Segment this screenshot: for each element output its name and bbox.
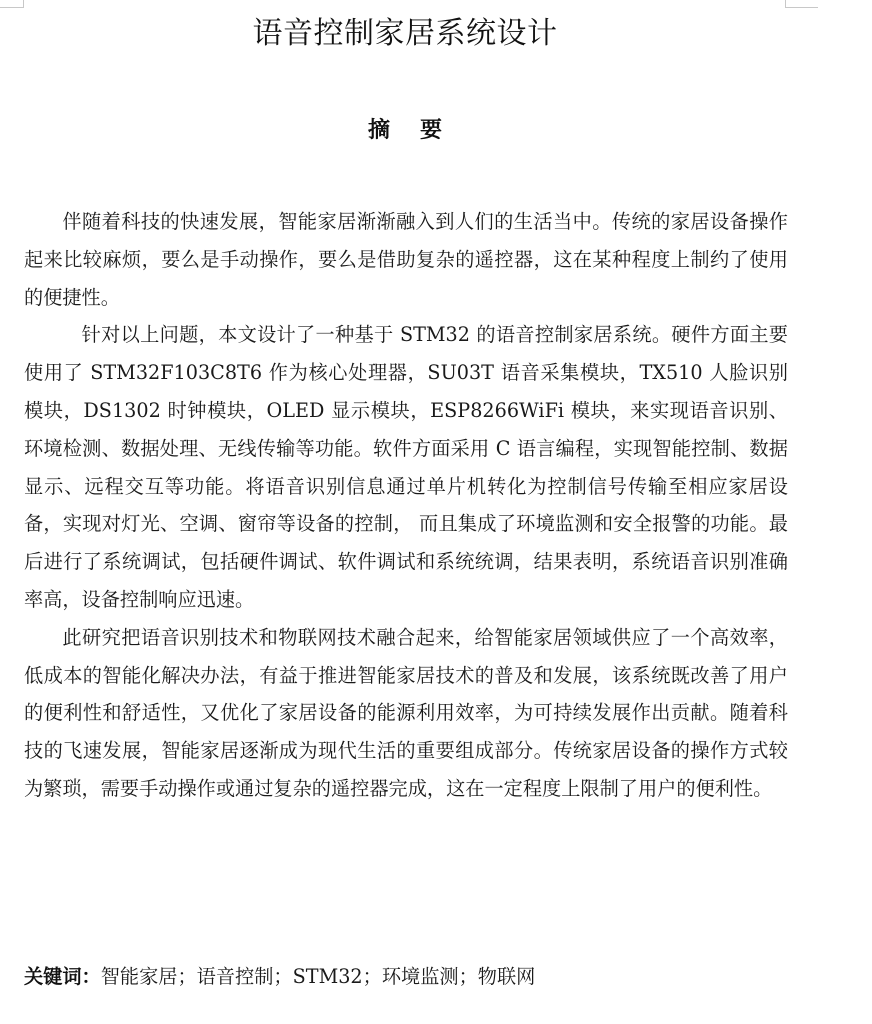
abstract-paragraph-3: 此研究把语音识别技术和物联网技术融合起来，给智能家居领域供应了一个高效率，低成本…	[24, 619, 788, 808]
page-title: 语音控制家居系统设计	[0, 14, 810, 54]
abstract-heading-char-1: 摘	[368, 115, 390, 147]
abstract-heading: 摘要	[0, 115, 810, 147]
keywords-value: 智能家居；语音控制；STM32；环境监测；物联网	[101, 965, 536, 988]
page-corner-mark-top-right	[785, 0, 818, 8]
page-corner-mark-top-left	[0, 0, 24, 8]
keywords-line: 关键词：智能家居；语音控制；STM32；环境监测；物联网	[24, 960, 804, 994]
abstract-paragraph-2: 针对以上问题，本文设计了一种基于 STM32 的语音控制家居系统。硬件方面主要使…	[24, 316, 788, 618]
keywords-label: 关键词：	[24, 965, 101, 988]
abstract-heading-char-2: 要	[420, 115, 442, 147]
abstract-body: 伴随着科技的快速发展，智能家居渐渐融入到人们的生活当中。传统的家居设备操作起来比…	[24, 203, 788, 808]
abstract-paragraph-1: 伴随着科技的快速发展，智能家居渐渐融入到人们的生活当中。传统的家居设备操作起来比…	[24, 203, 788, 316]
